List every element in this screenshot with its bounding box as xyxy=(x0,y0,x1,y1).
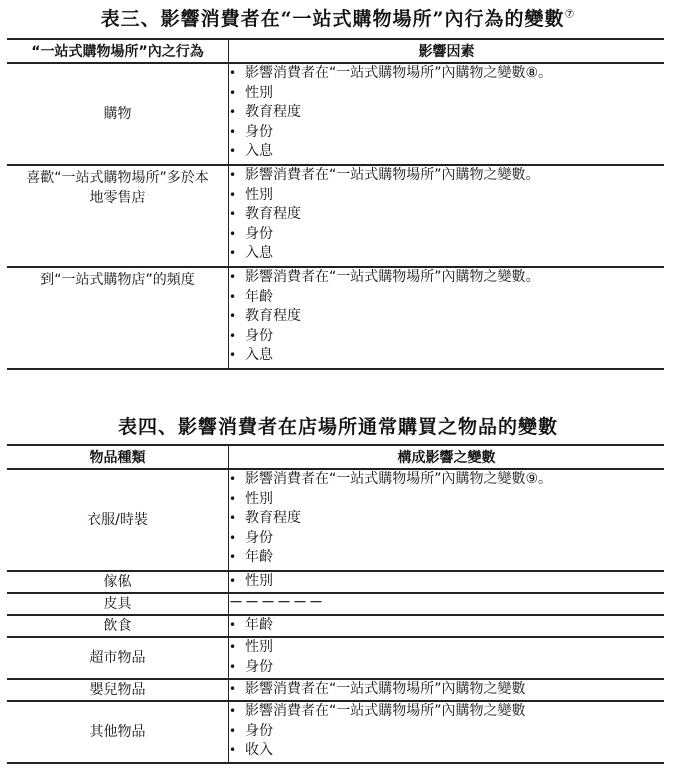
list-item: 影響消費者在“一站式購物場所”內購物之變數 xyxy=(229,680,664,700)
list-item: 影響消費者在“一站式購物場所”內購物之變數。 xyxy=(229,268,664,288)
variables-list: 年齡 xyxy=(229,616,664,636)
variables-list: 影響消費者在“一站式購物場所”內購物之變數 身份 收入 xyxy=(229,702,664,761)
list-item: 身份 xyxy=(229,123,664,143)
category-cell: 其他物品 xyxy=(7,701,229,763)
table3-header-behavior: “一站式購物場所”內之行為 xyxy=(7,39,229,63)
factors-cell: 影響消費者在“一站式購物場所”內購物之變數。 性別 教育程度 身份 入息 xyxy=(229,165,665,267)
list-item: 性別 xyxy=(229,490,664,510)
table3-title: 表三、影響消費者在“一站式購物場所”內行為的變數⑦ xyxy=(0,4,676,31)
list-item: 教育程度 xyxy=(229,509,664,529)
variables-cell: 影響消費者在“一站式購物場所”內購物之變數⑨。 性別 教育程度 身份 年齡 xyxy=(229,469,665,571)
table3-header-factors: 影響因素 xyxy=(229,39,665,63)
list-item: 教育程度 xyxy=(229,205,664,225)
category-cell: 衣服/時裝 xyxy=(7,469,229,571)
list-item: 影響消費者在“一站式購物場所”內購物之變數⑨。 xyxy=(229,470,664,490)
variables-cell: 性別 身份 xyxy=(229,637,665,679)
table-row: 超市物品 性別 身份 xyxy=(7,637,664,679)
table-row: 嬰兒物品 影響消費者在“一站式購物場所”內購物之變數 xyxy=(7,679,664,701)
category-cell: 傢俬 xyxy=(7,571,229,593)
list-item: 身份 xyxy=(229,529,664,549)
list-item: 影響消費者在“一站式購物場所”內購物之變數⑧。 xyxy=(229,64,664,84)
factors-list: 影響消費者在“一站式購物場所”內購物之變數。 性別 教育程度 身份 入息 xyxy=(229,166,664,264)
category-cell: 嬰兒物品 xyxy=(7,679,229,701)
empty-dash: －－－－－－ xyxy=(229,595,325,611)
table4-title: 表四、影響消費者在店場所通常購買之物品的變數 xyxy=(0,412,676,439)
table3-title-text: 表三、影響消費者在“一站式購物場所”內行為的變數 xyxy=(101,8,565,30)
table4-header-row: 物品種類 構成影響之變數 xyxy=(7,445,664,469)
variables-list: 影響消費者在“一站式購物場所”內購物之變數 xyxy=(229,680,664,700)
list-item: 收入 xyxy=(229,741,664,761)
list-item: 教育程度 xyxy=(229,103,664,123)
list-item: 身份 xyxy=(229,225,664,245)
category-cell: 超市物品 xyxy=(7,637,229,679)
list-item: 入息 xyxy=(229,142,664,162)
variables-cell: 影響消費者在“一站式購物場所”內購物之變數 xyxy=(229,679,665,701)
list-item: 身份 xyxy=(229,722,664,742)
list-item: 影響消費者在“一站式購物場所”內購物之變數 xyxy=(229,702,664,722)
table-row: 購物 影響消費者在“一站式購物場所”內購物之變數⑧。 性別 教育程度 身份 入息 xyxy=(7,63,664,165)
variables-list: 性別 身份 xyxy=(229,638,664,677)
footnote-marker: ⑦ xyxy=(564,8,575,21)
list-item: 年齡 xyxy=(229,548,664,568)
variables-list: 性別 xyxy=(229,572,664,592)
behavior-cell: 購物 xyxy=(7,63,229,165)
behavior-cell: 到“一站式購物店”的頻度 xyxy=(7,267,229,369)
variables-cell: 性別 xyxy=(229,571,665,593)
factors-cell: 影響消費者在“一站式購物場所”內購物之變數⑧。 性別 教育程度 身份 入息 xyxy=(229,63,665,165)
factors-list: 影響消費者在“一站式購物場所”內購物之變數⑧。 性別 教育程度 身份 入息 xyxy=(229,64,664,162)
table-row: 傢俬 性別 xyxy=(7,571,664,593)
table4-header-variables: 構成影響之變數 xyxy=(229,445,665,469)
list-item: 性別 xyxy=(229,638,664,658)
list-item: 入息 xyxy=(229,244,664,264)
list-item: 身份 xyxy=(229,658,664,678)
table-row: 其他物品 影響消費者在“一站式購物場所”內購物之變數 身份 收入 xyxy=(7,701,664,763)
variables-cell: 影響消費者在“一站式購物場所”內購物之變數 身份 收入 xyxy=(229,701,665,763)
table-row: 喜歡“一站式購物場所”多於本地零售店 影響消費者在“一站式購物場所”內購物之變數… xyxy=(7,165,664,267)
table4-header-category: 物品種類 xyxy=(7,445,229,469)
table4: 物品種類 構成影響之變數 衣服/時裝 影響消費者在“一站式購物場所”內購物之變數… xyxy=(7,444,664,764)
table-row: 到“一站式購物店”的頻度 影響消費者在“一站式購物場所”內購物之變數。 年齡 教… xyxy=(7,267,664,369)
list-item: 教育程度 xyxy=(229,307,664,327)
factors-cell: 影響消費者在“一站式購物場所”內購物之變數。 年齡 教育程度 身份 入息 xyxy=(229,267,665,369)
table-row: 飲食 年齡 xyxy=(7,615,664,637)
list-item: 年齡 xyxy=(229,616,664,636)
category-cell: 皮具 xyxy=(7,593,229,615)
variables-cell: 年齡 xyxy=(229,615,665,637)
list-item: 身份 xyxy=(229,327,664,347)
category-cell: 飲食 xyxy=(7,615,229,637)
variables-list: 影響消費者在“一站式購物場所”內購物之變數⑨。 性別 教育程度 身份 年齡 xyxy=(229,470,664,568)
table3: “一站式購物場所”內之行為 影響因素 購物 影響消費者在“一站式購物場所”內購物… xyxy=(7,38,664,370)
behavior-cell: 喜歡“一站式購物場所”多於本地零售店 xyxy=(7,165,229,267)
list-item: 入息 xyxy=(229,346,664,366)
behavior-text: 喜歡“一站式購物場所”多於本地零售店 xyxy=(7,168,228,208)
list-item: 年齡 xyxy=(229,288,664,308)
list-item: 性別 xyxy=(229,186,664,206)
variables-cell: －－－－－－ xyxy=(229,593,665,615)
factors-list: 影響消費者在“一站式購物場所”內購物之變數。 年齡 教育程度 身份 入息 xyxy=(229,268,664,366)
list-item: 性別 xyxy=(229,572,664,592)
table-row: 皮具 －－－－－－ xyxy=(7,593,664,615)
list-item: 影響消費者在“一站式購物場所”內購物之變數。 xyxy=(229,166,664,186)
list-item: 性別 xyxy=(229,84,664,104)
table3-header-row: “一站式購物場所”內之行為 影響因素 xyxy=(7,39,664,63)
table-row: 衣服/時裝 影響消費者在“一站式購物場所”內購物之變數⑨。 性別 教育程度 身份… xyxy=(7,469,664,571)
